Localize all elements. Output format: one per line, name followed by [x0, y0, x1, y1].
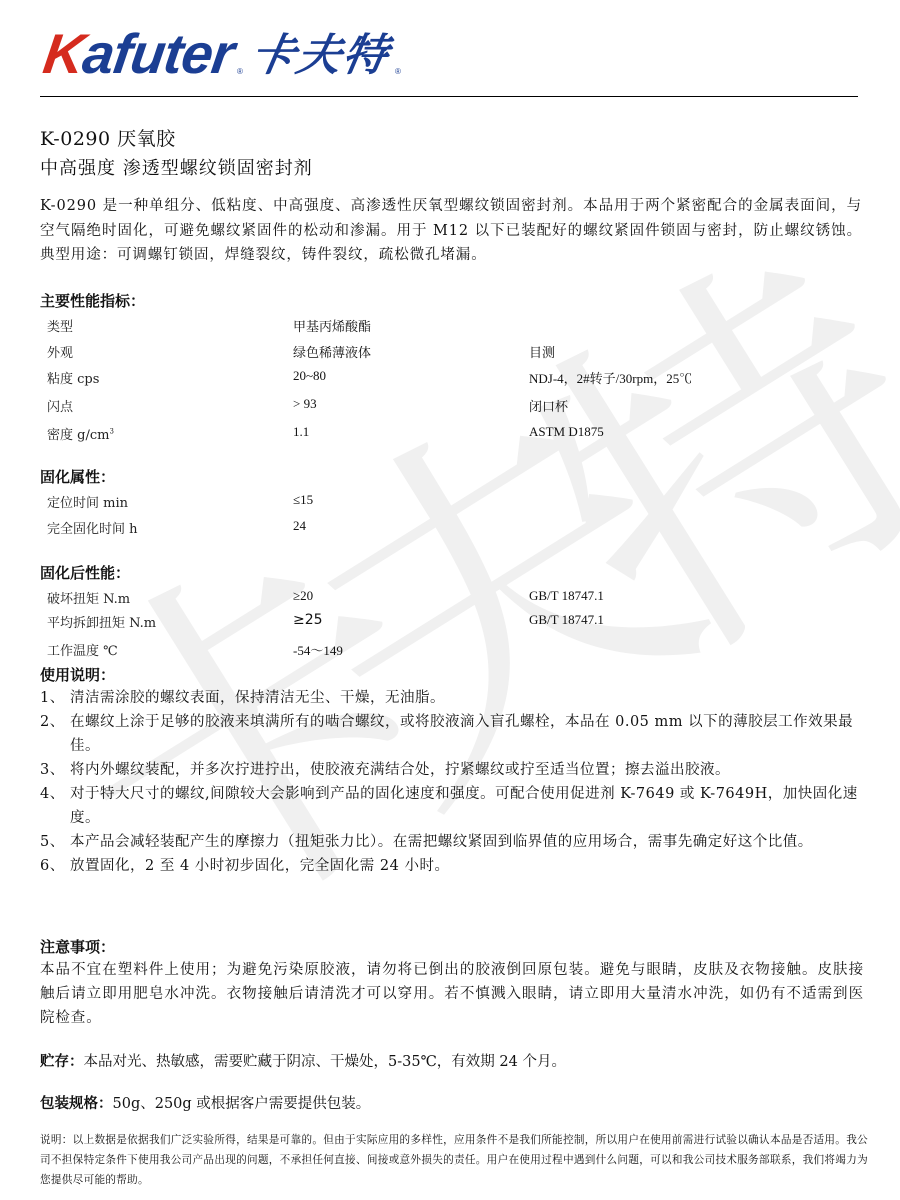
usage-item-text: 清洁需涂胶的螺纹表面，保持清洁无尘、干燥，无油脂。 — [70, 686, 870, 710]
property-value: 24 — [293, 518, 306, 534]
packaging-label: 包装规格： — [40, 1096, 113, 1112]
header-divider — [40, 96, 858, 97]
property-row: 平均拆卸扭矩 N.m ≥25 GB/T 18747.1 — [47, 612, 847, 632]
property-value: 绿色稀薄液体 — [293, 342, 371, 361]
property-row: 密度 g/cm3 1.1 ASTM D1875 — [47, 424, 847, 444]
property-method: 闭口杯 — [529, 396, 568, 415]
usage-item-number: 2、 — [40, 710, 70, 758]
usage-item: 2、 在螺纹上涂于足够的胶液来填满所有的啮合螺纹，或将胶液滴入盲孔螺栓，本品在 … — [40, 710, 870, 758]
property-value: ≤15 — [293, 492, 313, 508]
usage-item-number: 6、 — [40, 854, 70, 878]
product-description: K-0290 是一种单组分、低粘度、中高强度、高渗透性厌氧型螺纹锁固密封剂。本品… — [40, 194, 862, 268]
usage-item-number: 4、 — [40, 782, 70, 830]
usage-item-number: 3、 — [40, 758, 70, 782]
property-row: 外观 绿色稀薄液体 目测 — [47, 342, 847, 362]
usage-item-text: 在螺纹上涂于足够的胶液来填满所有的啮合螺纹，或将胶液滴入盲孔螺栓，本品在 0.0… — [70, 710, 870, 758]
notes-text: 本品不宜在塑料件上使用；为避免污染原胶液，请勿将已倒出的胶液倒回原包装。避免与眼… — [40, 958, 864, 1030]
usage-item: 3、 将内外螺纹装配，并多次拧进拧出，使胶液充满结合处，拧紧螺纹或拧至适当位置；… — [40, 758, 870, 782]
property-value: 甲基丙烯酸酯 — [293, 316, 371, 335]
property-name: 定位时间 min — [47, 492, 128, 511]
property-name: 闪点 — [47, 396, 73, 415]
section-heading-curing-properties: 固化属性： — [40, 466, 115, 487]
storage-text: 本品对光、热敏感，需要贮藏于阴凉、干燥处，5-35℃，有效期 24 个月。 — [84, 1054, 566, 1070]
property-row: 完全固化时间 h 24 — [47, 518, 847, 538]
storage-label: 贮存： — [40, 1054, 84, 1070]
logo-english-rest: afuter — [79, 22, 237, 85]
usage-item-text: 放置固化，2 至 4 小时初步固化，完全固化需 24 小时。 — [70, 854, 870, 878]
usage-item-text: 对于特大尺寸的螺纹,间隙较大会影响到产品的固化速度和强度。可配合使用促进剂 K-… — [70, 782, 870, 830]
property-method: GB/T 18747.1 — [529, 612, 604, 628]
usage-item: 6、 放置固化，2 至 4 小时初步固化，完全固化需 24 小时。 — [40, 854, 870, 878]
registered-mark-icon: ® — [237, 67, 243, 76]
section-heading-notes: 注意事项： — [40, 936, 115, 957]
packaging-info: 包装规格：50g、250g 或根据客户需要提供包装。 — [40, 1092, 370, 1113]
usage-item-number: 5、 — [40, 830, 70, 854]
property-value: ≥20 — [293, 588, 313, 604]
usage-item-text: 将内外螺纹装配，并多次拧进拧出，使胶液充满结合处，拧紧螺纹或拧至适当位置；擦去溢… — [70, 758, 870, 782]
usage-item-text: 本产品会减轻装配产生的摩擦力（扭矩张力比）。在需把螺纹紧固到临界值的应用场合，需… — [70, 830, 870, 854]
storage-info: 贮存：本品对光、热敏感，需要贮藏于阴凉、干燥处，5-35℃，有效期 24 个月。 — [40, 1050, 566, 1071]
section-heading-main-properties: 主要性能指标： — [40, 290, 145, 311]
disclaimer: 说明：以上数据是依据我们广泛实验所得，结果是可靠的。但由于实际应用的多样性，应用… — [40, 1130, 868, 1190]
property-name: 工作温度 ℃ — [47, 640, 118, 659]
property-value: 20~80 — [293, 368, 326, 384]
property-name: 类型 — [47, 316, 73, 335]
property-method: ASTM D1875 — [529, 424, 604, 440]
property-method: GB/T 18747.1 — [529, 588, 604, 604]
property-name: 密度 g/cm3 — [47, 424, 114, 443]
product-subtitle: 中高强度 渗透型螺纹锁固密封剂 — [40, 154, 313, 180]
property-value: 1.1 — [293, 424, 309, 440]
property-value: -54～149 — [293, 640, 343, 659]
usage-item: 1、 清洁需涂胶的螺纹表面，保持清洁无尘、干燥，无油脂。 — [40, 686, 870, 710]
logo-english: Kafuter — [40, 26, 237, 82]
section-heading-cured-properties: 固化后性能： — [40, 562, 130, 583]
property-row: 定位时间 min ≤15 — [47, 492, 847, 512]
section-heading-usage: 使用说明： — [40, 664, 115, 685]
property-row: 闪点 > 93 闭口杯 — [47, 396, 847, 416]
property-row: 破坏扭矩 N.m ≥20 GB/T 18747.1 — [47, 588, 847, 608]
property-row: 粘度 cps 20~80 NDJ-4，2#转子/30rpm，25℃ — [47, 368, 847, 388]
brand-logo: Kafuter ® 卡夫特 ® — [44, 22, 401, 82]
registered-mark-icon: ® — [395, 67, 401, 76]
usage-item: 5、 本产品会减轻装配产生的摩擦力（扭矩张力比）。在需把螺纹紧固到临界值的应用场… — [40, 830, 870, 854]
logo-chinese: 卡夫特 — [246, 30, 393, 82]
property-method: 目测 — [529, 342, 555, 361]
property-name: 完全固化时间 h — [47, 518, 138, 537]
usage-list: 1、 清洁需涂胶的螺纹表面，保持清洁无尘、干燥，无油脂。 2、 在螺纹上涂于足够… — [40, 686, 870, 878]
packaging-text: 50g、250g 或根据客户需要提供包装。 — [113, 1096, 371, 1112]
watermark-char-3: 特 — [492, 212, 900, 708]
property-row: 工作温度 ℃ -54～149 — [47, 640, 847, 660]
property-name: 破坏扭矩 N.m — [47, 588, 130, 607]
usage-item-number: 1、 — [40, 686, 70, 710]
property-name: 外观 — [47, 342, 73, 361]
usage-item: 4、 对于特大尺寸的螺纹,间隙较大会影响到产品的固化速度和强度。可配合使用促进剂… — [40, 782, 870, 830]
property-value: ≥25 — [293, 612, 323, 628]
superscript: 3 — [109, 428, 113, 436]
property-name: 平均拆卸扭矩 N.m — [47, 612, 156, 631]
property-method: NDJ-4，2#转子/30rpm，25℃ — [529, 368, 692, 387]
property-row: 类型 甲基丙烯酸酯 — [47, 316, 847, 336]
property-value: > 93 — [293, 396, 317, 412]
product-title: K-0290 厌氧胶 — [40, 124, 176, 151]
property-name: 粘度 cps — [47, 368, 99, 387]
property-name-text: 密度 g/cm — [47, 428, 109, 443]
